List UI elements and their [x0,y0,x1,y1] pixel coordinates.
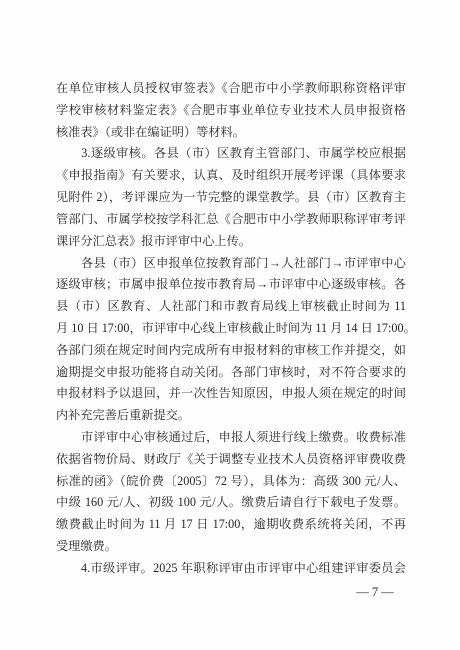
text-line: 课评分汇总表》报市评审中心上传。 [56,231,406,253]
text-line: 核准表》（或非在编证明）等材料。 [56,122,406,144]
text-line: 各县（市）区申报单位按教育部门→人社部门→市评审中心 [56,253,406,275]
text-line: 县（市）区教育、人社部门和市教育局线上审核截止时间为 11 [56,296,406,318]
page-number: — 7 — [337,583,413,601]
text-line: 见附件 2），考评课应为一节完整的课堂教学。县（市）区教育主 [56,187,406,209]
text-line: 缴费截止时间为 11 月 17 日 17:00，逾期收费系统将关闭，不再 [56,514,406,536]
text-line: 标准的函》（皖价费〔2005〕72 号），具体为：高级 300 元/人、 [56,471,406,493]
text-line: 管部门、市属学校按学科汇总《合肥市中小学教师职称评审考评 [56,209,406,231]
text-line: 4.市级评审。2025 年职称评审由市评审中心组建评审委员会 [56,558,406,580]
text-line: 内补充完善后重新提交。 [56,405,406,427]
text-line: 逾期提交申报功能将自动关闭。各部门审核时，对不符合要求的 [56,362,406,384]
text-line: 3.逐级审核。各县（市）区教育主管部门、市属学校应根据 [56,143,406,165]
text-line: 中级 160 元/人、初级 100 元/人。缴费后请自行下载电子发票。 [56,492,406,514]
document-body: 在单位审核人员授权审签表》《合肥市中小学教师职称资格评审 学校审核材料鉴定表》《… [56,78,406,580]
text-line: 依据省物价局、财政厅《关于调整专业技术人员资格评审费收费 [56,449,406,471]
text-line: 月 10 日 17:00，市评审中心线上审核截止时间为 11 月 14 日 17… [56,318,406,340]
text-line: 申报材料予以退回，并一次性告知原因，申报人须在规定的时间 [56,383,406,405]
text-line: 在单位审核人员授权审签表》《合肥市中小学教师职称资格评审 [56,78,406,100]
text-line: 市评审中心审核通过后，申报人须进行线上缴费。收费标准 [56,427,406,449]
text-line: 《申报指南》有关要求，认真、及时组织开展考评课（具体要求 [56,165,406,187]
text-line: 各部门须在规定时间内完成所有申报材料的审核工作并提交，如 [56,340,406,362]
text-line: 学校审核材料鉴定表》《合肥市事业单位专业技术人员申报资格 [56,100,406,122]
document-page: 在单位审核人员授权审签表》《合肥市中小学教师职称资格评审 学校审核材料鉴定表》《… [0,0,460,650]
text-line: 受理缴费。 [56,536,406,558]
text-line: 逐级审核；市属申报单位按市教育局→市评审中心逐级审核。各 [56,274,406,296]
